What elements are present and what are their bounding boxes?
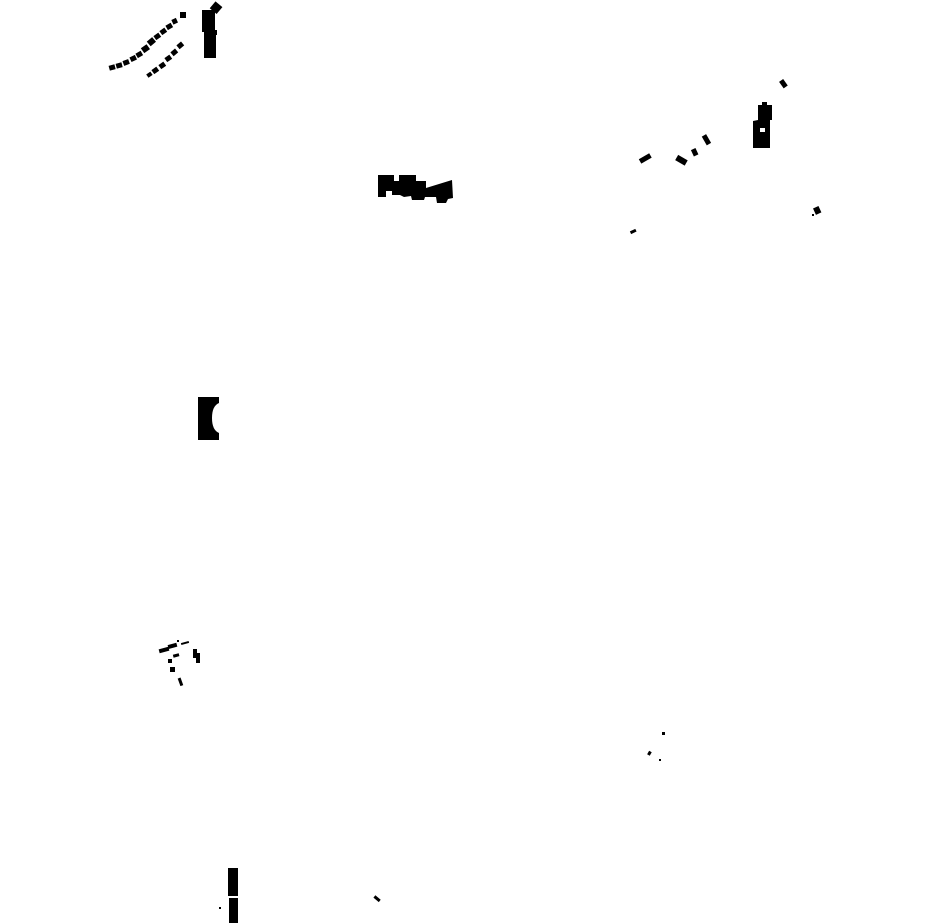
- building-footprint-map: [0, 0, 930, 924]
- map-background: [0, 0, 930, 924]
